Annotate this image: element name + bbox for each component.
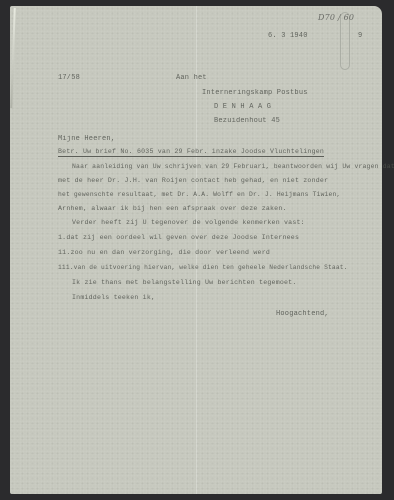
body-line: Arnhem, alwaar ik bij hen een afspraak o…: [58, 205, 287, 212]
reference-number: 17/58: [58, 74, 80, 82]
list-item: 1.dat zij een oordeel wil geven over dez…: [58, 234, 299, 241]
addressee-org: Interneringskamp Postbus: [202, 89, 308, 97]
body-line: Verder heeft zij U tegenover de volgende…: [72, 219, 305, 226]
letter-date: 6. 3 1940: [268, 32, 308, 40]
subject-line: Betr. Uw brief No. 6035 van 29 Febr. inz…: [58, 148, 324, 157]
addressee-city: D E N H A A G: [214, 103, 271, 111]
page-marker: 9: [358, 32, 362, 40]
sign-off: Hoogachtend,: [276, 310, 329, 318]
addressee-street: Bezuidenhout 45: [214, 117, 280, 125]
closing-line: Ik zie thans met belangstelling Uw beric…: [72, 279, 296, 286]
archive-number: D70 / 60: [318, 13, 354, 22]
body-line: met de heer Dr. J.H. van Roijen contact …: [58, 177, 328, 184]
list-item: 11.zoo nu en dan verzorging, die door ve…: [58, 249, 270, 256]
closing-line: Inmiddels teeken ik,: [72, 294, 155, 301]
body-line: Naar aanleiding van Uw schrijven van 29 …: [72, 163, 394, 170]
list-item: 111.van de uitvoering hiervan, welke die…: [58, 264, 348, 271]
body-line: het gewenschte resultaat, met Dr. A.A. W…: [58, 191, 341, 198]
salutation: Mijne Heeren,: [58, 135, 115, 143]
addressee-to: Aan het: [176, 74, 207, 82]
